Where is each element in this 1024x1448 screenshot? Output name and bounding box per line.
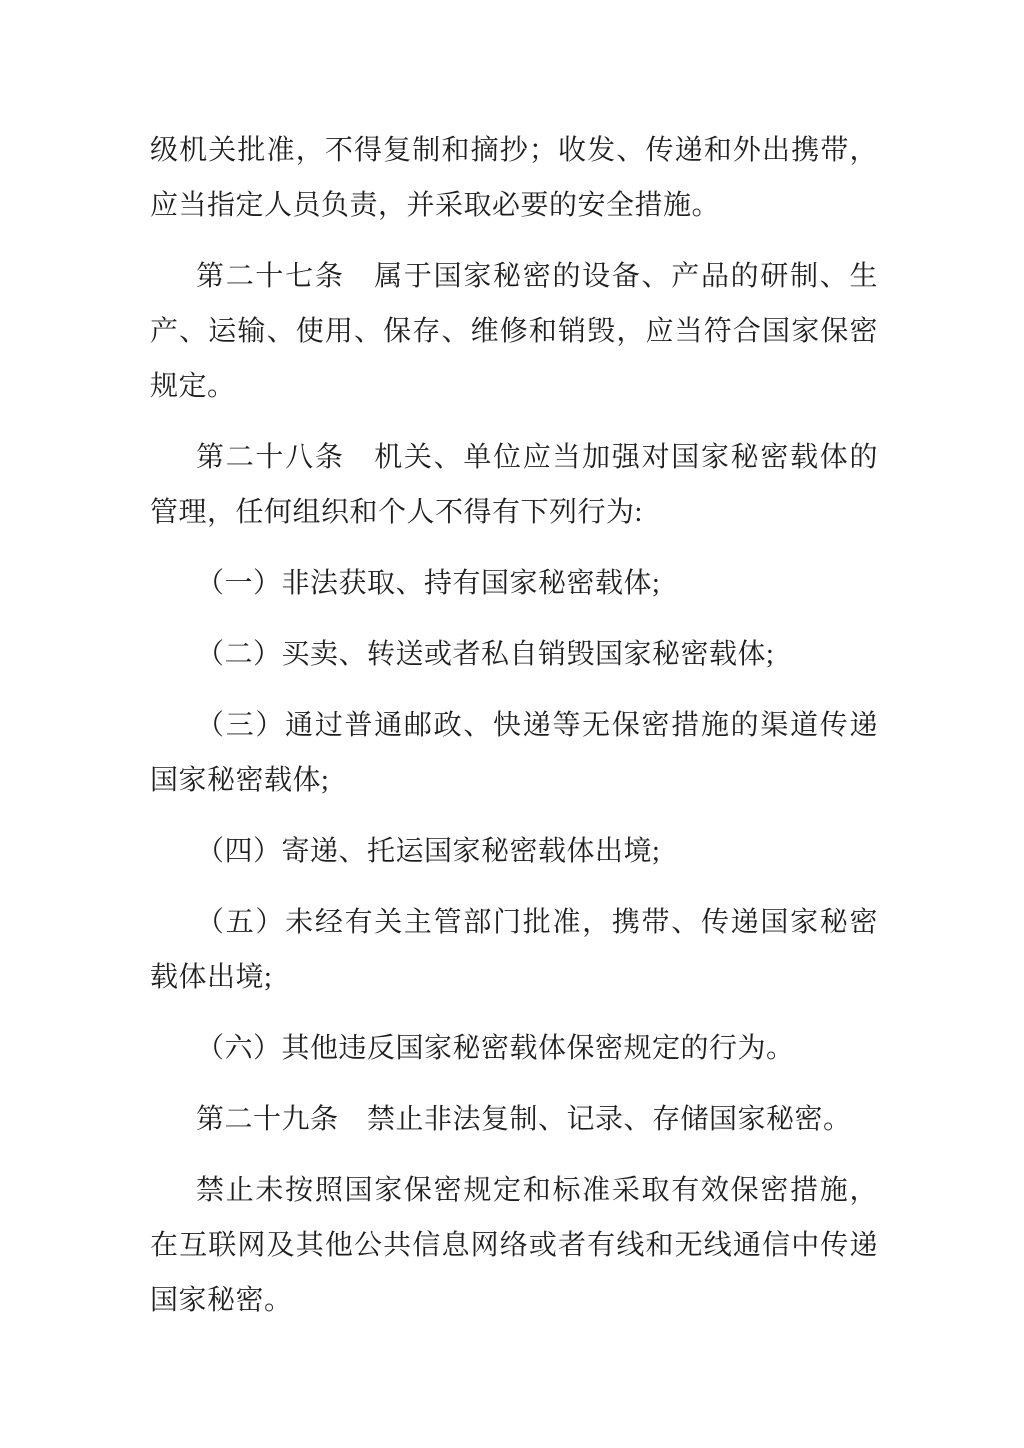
list-item-4: （四）寄递、托运国家秘密载体出境;	[150, 824, 878, 879]
document-page: 级机关批准，不得复制和摘抄；收发、传递和外出携带，应当指定人员负责，并采取必要的…	[0, 0, 1024, 1448]
paragraph-continuation: 级机关批准，不得复制和摘抄；收发、传递和外出携带，应当指定人员负责，并采取必要的…	[150, 123, 878, 233]
list-item-5: （五）未经有关主管部门批准，携带、传递国家秘密载体出境;	[150, 895, 878, 1005]
list-item-3: （三）通过普通邮政、快递等无保密措施的渠道传递国家秘密载体;	[150, 698, 878, 808]
list-item-2: （二）买卖、转送或者私自销毁国家秘密载体;	[150, 627, 878, 682]
paragraph-article-28: 第二十八条 机关、单位应当加强对国家秘密载体的管理，任何组织和个人不得有下列行为…	[150, 430, 878, 540]
paragraph-article-27: 第二十七条 属于国家秘密的设备、产品的研制、生产、运输、使用、保存、维修和销毁，…	[150, 249, 878, 414]
list-item-6: （六）其他违反国家秘密载体保密规定的行为。	[150, 1021, 878, 1076]
paragraph-article-29-cont: 禁止未按照国家保密规定和标准采取有效保密措施，在互联网及其他公共信息网络或者有线…	[150, 1163, 878, 1328]
document-body-text: 级机关批准，不得复制和摘抄；收发、传递和外出携带，应当指定人员负责，并采取必要的…	[150, 123, 878, 1344]
paragraph-article-29: 第二十九条 禁止非法复制、记录、存储国家秘密。	[150, 1092, 878, 1147]
list-item-1: （一）非法获取、持有国家秘密载体;	[150, 556, 878, 611]
